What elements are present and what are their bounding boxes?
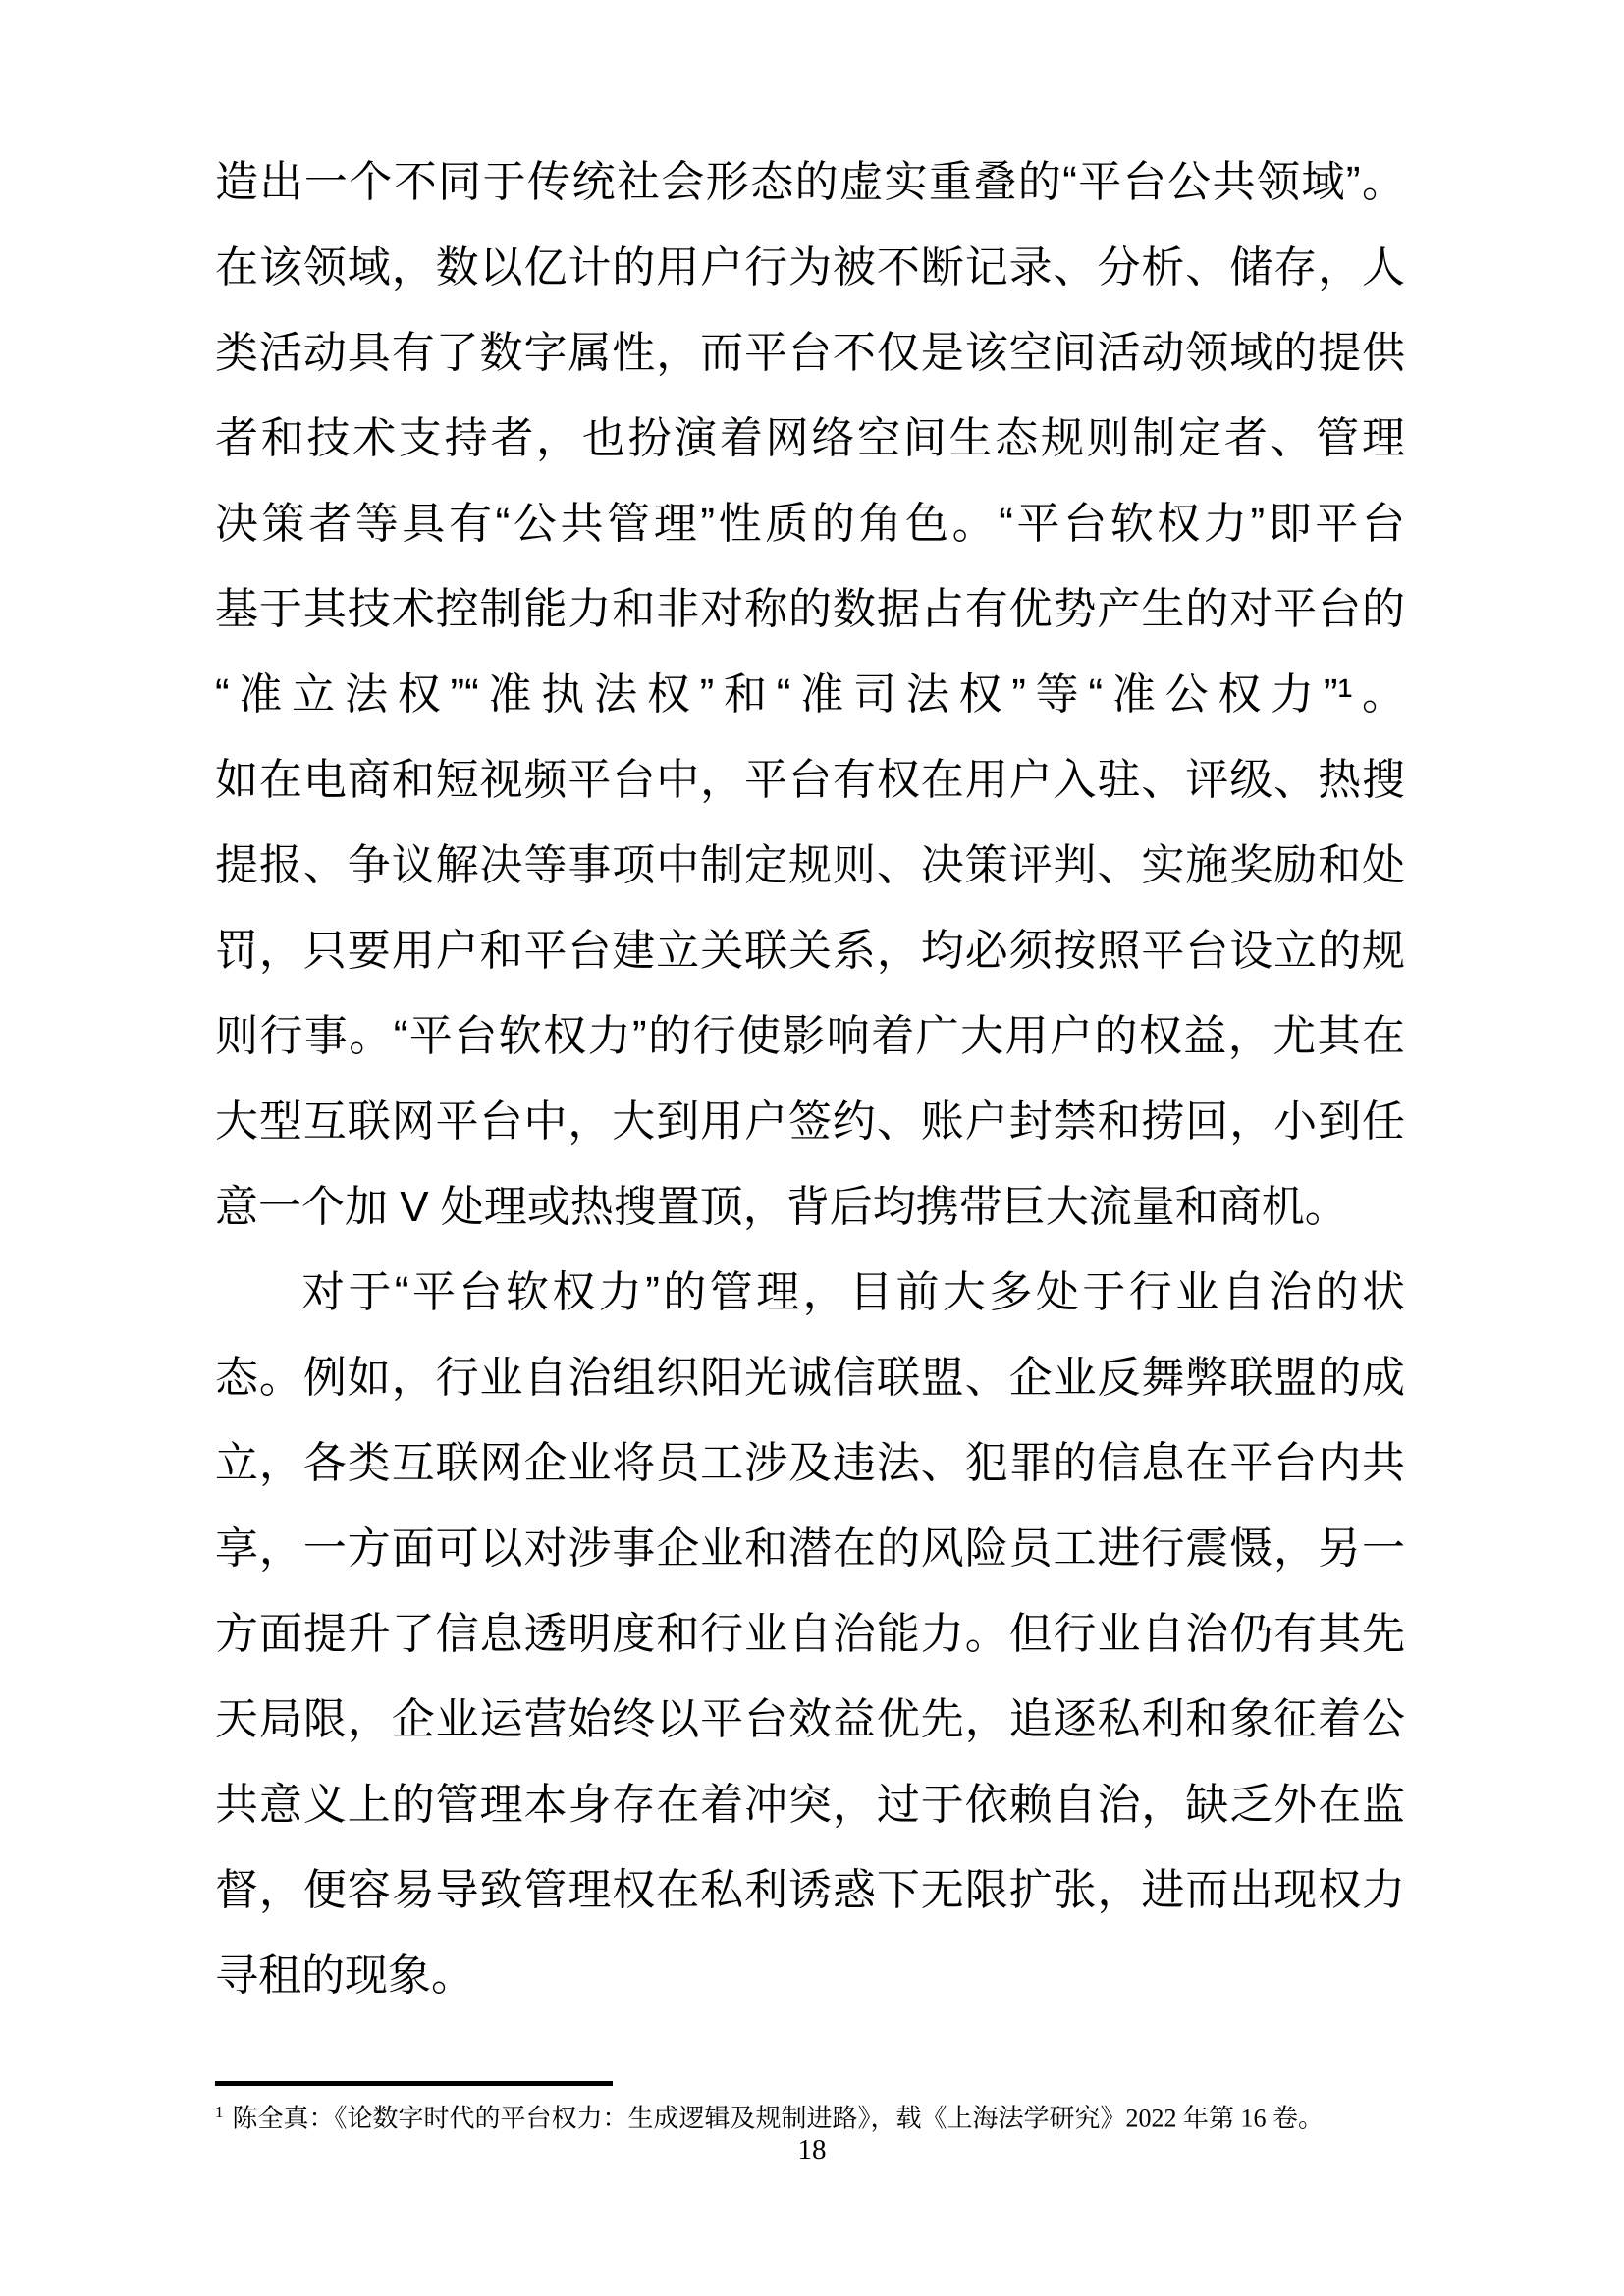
page-number: 18	[0, 2132, 1624, 2167]
text-line: 督，便容易导致管理权在私利诱惑下无限扩张，进而出现权力	[215, 1847, 1405, 1933]
text-line: 意一个加 V 处理或热搜置顶，背后均携带巨大流量和商机。	[215, 1164, 1405, 1250]
text-line: 大型互联网平台中，大到用户签约、账户封禁和捞回，小到任	[215, 1079, 1405, 1164]
text-line: 决策者等具有“公共管理”性质的角色。“平台软权力”即平台	[215, 481, 1405, 566]
text-line: 对于“平台软权力”的管理，目前大多处于行业自治的状	[215, 1250, 1405, 1335]
text-line: 寻租的现象。	[215, 1933, 1405, 2018]
text-line: 态。例如，行业自治组织阳光诚信联盟、企业反舞弊联盟的成	[215, 1335, 1405, 1420]
text-line: 提报、争议解决等事项中制定规则、决策评判、实施奖励和处	[215, 823, 1405, 908]
document-page: 造出一个不同于传统社会形态的虚实重叠的“平台公共领域”。在该领域，数以亿计的用户…	[0, 0, 1624, 2296]
text-line: 在该领域，数以亿计的用户行为被不断记录、分析、储存，人	[215, 225, 1405, 310]
footnote-text: 陈全真：《论数字时代的平台权力：生成逻辑及规制进路》，载《上海法学研究》2022…	[233, 2105, 1325, 2133]
text-line: 共意义上的管理本身存在着冲突，过于依赖自治，缺乏外在监	[215, 1762, 1405, 1847]
text-line: 者和技术支持者，也扮演着网络空间生态规则制定者、管理者、	[215, 396, 1405, 481]
footnote-marker: 1	[215, 2103, 224, 2121]
text-line: 造出一个不同于传统社会形态的虚实重叠的“平台公共领域”。	[215, 139, 1405, 225]
body-text: 造出一个不同于传统社会形态的虚实重叠的“平台公共领域”。在该领域，数以亿计的用户…	[215, 139, 1405, 2018]
text-line: 如在电商和短视频平台中，平台有权在用户入驻、评级、热搜	[215, 737, 1405, 823]
text-line: 方面提升了信息透明度和行业自治能力。但行业自治仍有其先	[215, 1591, 1405, 1677]
text-line: 则行事。“平台软权力”的行使影响着广大用户的权益，尤其在	[215, 993, 1405, 1079]
text-line: 罚，只要用户和平台建立关联关系，均必须按照平台设立的规	[215, 908, 1405, 993]
text-line: “准立法权”“准执法权”和“准司法权”等“准公权力”¹。	[215, 652, 1405, 737]
text-line: 立，各类互联网企业将员工涉及违法、犯罪的信息在平台内共	[215, 1420, 1405, 1506]
text-line: 基于其技术控制能力和非对称的数据占有优势产生的对平台的	[215, 566, 1405, 652]
text-line: 享，一方面可以对涉事企业和潜在的风险员工进行震慑，另一	[215, 1506, 1405, 1591]
footnote-separator	[215, 2081, 613, 2086]
text-line: 天局限，企业运营始终以平台效益优先，追逐私利和象征着公	[215, 1677, 1405, 1762]
text-line: 类活动具有了数字属性，而平台不仅是该空间活动领域的提供	[215, 310, 1405, 396]
